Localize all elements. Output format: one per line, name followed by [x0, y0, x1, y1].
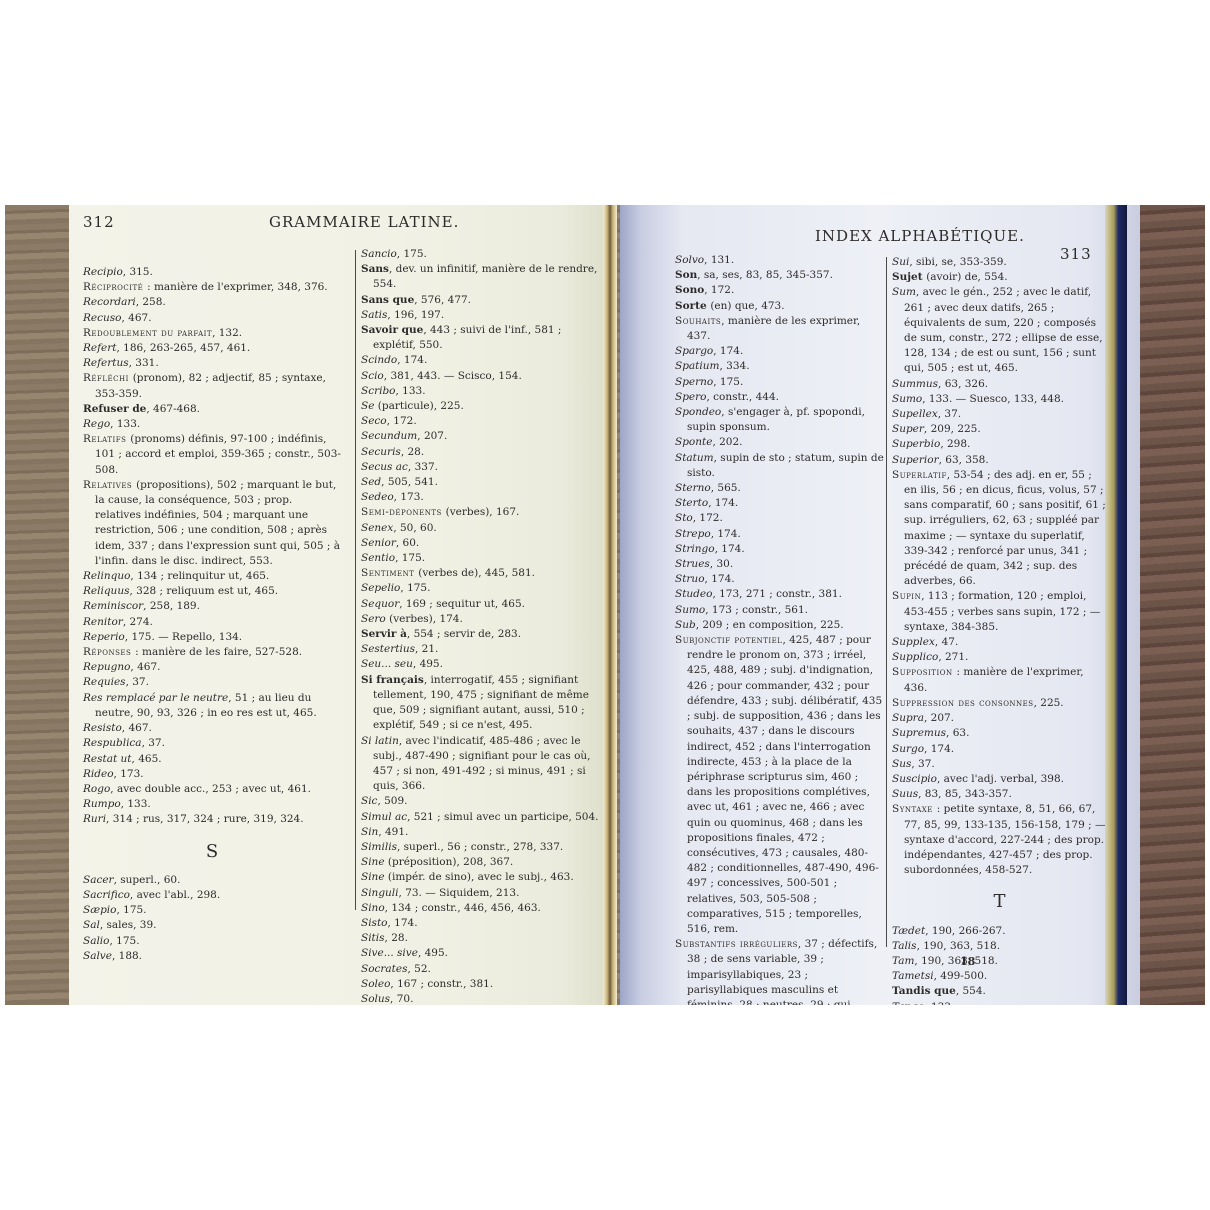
- index-entry: Soleo, 167 ; constr., 381.: [361, 977, 599, 992]
- index-entry: Servir à, 554 ; servir de, 283.: [361, 627, 599, 642]
- index-entry: Strues, 30.: [675, 557, 885, 572]
- index-entry: Scribo, 133.: [361, 384, 599, 399]
- index-entry: Sub, 209 ; en composition, 225.: [675, 618, 885, 633]
- signature-mark: 18: [960, 955, 975, 968]
- index-entry: Socrates, 52.: [361, 962, 599, 977]
- index-entry: Sine (impér. de sino), avec le subj., 46…: [361, 870, 599, 885]
- index-entry: Sero (verbes), 174.: [361, 612, 599, 627]
- index-entry: Sterto, 174.: [675, 496, 885, 511]
- index-entry: Tædet, 190, 266-267.: [892, 924, 1107, 939]
- index-entry: Rideo, 173.: [83, 767, 341, 782]
- index-entry: Sin, 491.: [361, 825, 599, 840]
- index-entry: Renitor, 274.: [83, 615, 341, 630]
- index-entry: Sorte (en) que, 473.: [675, 299, 885, 314]
- right-page: INDEX ALPHABÉTIQUE. 313 Solvo, 131.Son, …: [620, 205, 1140, 1005]
- index-entry: Suscipio, avec l'adj. verbal, 398.: [892, 772, 1107, 787]
- index-entry: Sestertius, 21.: [361, 642, 599, 657]
- index-entry: Sacer, superl., 60.: [83, 873, 341, 888]
- index-entry: Scindo, 174.: [361, 353, 599, 368]
- index-entry: Subjonctif potentiel, 425, 487 ; pour re…: [675, 633, 885, 937]
- index-entry: Sive... sive, 495.: [361, 946, 599, 961]
- index-column: Sui, sibi, se, 353-359.Sujet (avoir) de,…: [892, 255, 1107, 1005]
- index-entry: Réponses : manière de les faire, 527-528…: [83, 645, 341, 660]
- index-entry: Se (particule), 225.: [361, 399, 599, 414]
- index-entry: Suus, 83, 85, 343-357.: [892, 787, 1107, 802]
- index-entry: Struo, 174.: [675, 572, 885, 587]
- index-entry: Sino, 134 ; constr., 446, 456, 463.: [361, 901, 599, 916]
- index-entry: Repugno, 467.: [83, 660, 341, 675]
- index-entry: Secus ac, 337.: [361, 460, 599, 475]
- index-entry: Spondeo, s'engager à, pf. spopondi, supi…: [675, 405, 885, 435]
- index-entry: Refertus, 331.: [83, 356, 341, 371]
- index-entry: Sed, 505, 541.: [361, 475, 599, 490]
- index-entry: Tango, 133.: [892, 1000, 1107, 1005]
- index-entry: Recuso, 467.: [83, 311, 341, 326]
- page-number: 312: [83, 213, 115, 231]
- index-entry: Singuli, 73. — Siquidem, 213.: [361, 886, 599, 901]
- index-entry: Supra, 207.: [892, 711, 1107, 726]
- index-entry: Réfléchi (pronom), 82 ; adjectif, 85 ; s…: [83, 371, 341, 401]
- index-entry: Rogo, avec double acc., 253 ; avec ut, 4…: [83, 782, 341, 797]
- index-entry: Super, 209, 225.: [892, 422, 1107, 437]
- index-entry: Reminiscor, 258, 189.: [83, 599, 341, 614]
- index-column: Sancio, 175.Sans, dev. un infinitif, man…: [361, 247, 599, 1005]
- index-entry: Seu... seu, 495.: [361, 657, 599, 672]
- index-column: Solvo, 131.Son, sa, ses, 83, 85, 345-357…: [675, 253, 885, 1005]
- index-entry: Sto, 172.: [675, 511, 885, 526]
- index-column: Recipio, 315.Réciprocité : manière de l'…: [83, 265, 341, 964]
- index-entry: Supplex, 47.: [892, 635, 1107, 650]
- index-entry: Sono, 172.: [675, 283, 885, 298]
- index-entry: Ruri, 314 ; rus, 317, 324 ; rure, 319, 3…: [83, 812, 341, 827]
- book-cover-edge: [1105, 205, 1127, 1005]
- section-letter: S: [83, 844, 341, 859]
- index-entry: Tametsi, 499-500.: [892, 969, 1107, 984]
- table-surface: [1130, 205, 1205, 1005]
- book-spine-gutter: [603, 205, 617, 1005]
- index-entry: Superlatif, 53-54 ; des adj. en er, 55 ;…: [892, 468, 1107, 590]
- index-entry: Redoublement du parfait, 132.: [83, 326, 341, 341]
- index-entry: Spatium, 334.: [675, 359, 885, 374]
- index-entry: Tandis que, 554.: [892, 984, 1107, 999]
- index-entry: Tam, 190, 363, 518.: [892, 954, 1107, 969]
- index-entry: Securis, 28.: [361, 445, 599, 460]
- index-entry: Sine (préposition), 208, 367.: [361, 855, 599, 870]
- index-entry: Sperno, 175.: [675, 375, 885, 390]
- index-entry: Senior, 60.: [361, 536, 599, 551]
- index-entry: Stringo, 174.: [675, 542, 885, 557]
- index-entry: Rumpo, 133.: [83, 797, 341, 812]
- index-entry: Secundum, 207.: [361, 429, 599, 444]
- index-entry: Sal, sales, 39.: [83, 918, 341, 933]
- index-entry: Solus, 70.: [361, 992, 599, 1005]
- index-entry: Senex, 50, 60.: [361, 521, 599, 536]
- index-entry: Semi-déponents (verbes), 167.: [361, 505, 599, 520]
- index-entry: Solvo, 131.: [675, 253, 885, 268]
- index-entry: Son, sa, ses, 83, 85, 345-357.: [675, 268, 885, 283]
- index-entry: Scio, 381, 443. — Scisco, 154.: [361, 369, 599, 384]
- index-entry: Superior, 63, 358.: [892, 453, 1107, 468]
- index-entry: Similis, superl., 56 ; constr., 278, 337…: [361, 840, 599, 855]
- index-entry: Sterno, 565.: [675, 481, 885, 496]
- index-entry: Relinquo, 134 ; relinquitur ut, 465.: [83, 569, 341, 584]
- index-entry: Sum, avec le gén., 252 ; avec le datif, …: [892, 285, 1107, 376]
- index-entry: Sedeo, 173.: [361, 490, 599, 505]
- index-entry: Sans, dev. un infinitif, manière de le r…: [361, 262, 599, 292]
- index-entry: Sus, 37.: [892, 757, 1107, 772]
- index-entry: Refert, 186, 263-265, 457, 461.: [83, 341, 341, 356]
- index-entry: Reperio, 175. — Repello, 134.: [83, 630, 341, 645]
- index-entry: Relatifs (pronoms) définis, 97-100 ; ind…: [83, 432, 341, 478]
- index-entry: Salve, 188.: [83, 949, 341, 964]
- index-entry: Summus, 63, 326.: [892, 377, 1107, 392]
- index-entry: Rego, 133.: [83, 417, 341, 432]
- index-entry: Supplico, 271.: [892, 650, 1107, 665]
- index-entry: Resisto, 467.: [83, 721, 341, 736]
- index-entry: Statum, supin de sto ; statum, supin de …: [675, 451, 885, 481]
- index-entry: Sponte, 202.: [675, 435, 885, 450]
- index-entry: Restat ut, 465.: [83, 752, 341, 767]
- index-entry: Supposition : manière de l'exprimer, 436…: [892, 665, 1107, 695]
- section-letter: T: [892, 894, 1107, 909]
- index-entry: Supin, 113 ; formation, 120 ; emploi, 45…: [892, 589, 1107, 635]
- index-entry: Sequor, 169 ; sequitur ut, 465.: [361, 597, 599, 612]
- book-photo: 312 GRAMMAIRE LATINE. Recipio, 315.Récip…: [5, 205, 1205, 1005]
- running-head: INDEX ALPHABÉTIQUE.: [815, 227, 1025, 245]
- index-entry: Sujet (avoir) de, 554.: [892, 270, 1107, 285]
- column-divider: [355, 250, 356, 910]
- index-entry: Res remplacé par le neutre, 51 ; au lieu…: [83, 691, 341, 721]
- index-entry: Sepelio, 175.: [361, 581, 599, 596]
- index-entry: Studeo, 173, 271 ; constr., 381.: [675, 587, 885, 602]
- index-entry: Salio, 175.: [83, 934, 341, 949]
- index-entry: Si français, interrogatif, 455 ; signifi…: [361, 673, 599, 734]
- index-entry: Substantifs irréguliers, 37 ; défectifs,…: [675, 937, 885, 1005]
- index-entry: Strepo, 174.: [675, 527, 885, 542]
- index-entry: Si latin, avec l'indicatif, 485-486 ; av…: [361, 734, 599, 795]
- column-divider: [886, 257, 887, 947]
- index-entry: Savoir que, 443 ; suivi de l'inf., 581 ;…: [361, 323, 599, 353]
- index-entry: Superbio, 298.: [892, 437, 1107, 452]
- index-entry: Spero, constr., 444.: [675, 390, 885, 405]
- index-entry: Sacrifico, avec l'abl., 298.: [83, 888, 341, 903]
- index-entry: Sic, 509.: [361, 794, 599, 809]
- index-entry: Recordari, 258.: [83, 295, 341, 310]
- index-entry: Refuser de, 467-468.: [83, 402, 341, 417]
- index-entry: Sumo, 173 ; constr., 561.: [675, 603, 885, 618]
- index-entry: Recipio, 315.: [83, 265, 341, 280]
- index-entry: Spargo, 174.: [675, 344, 885, 359]
- index-entry: Sumo, 133. — Suesco, 133, 448.: [892, 392, 1107, 407]
- index-entry: Respublica, 37.: [83, 736, 341, 751]
- index-entry: Syntaxe : petite syntaxe, 8, 51, 66, 67,…: [892, 802, 1107, 878]
- index-entry: Requies, 37.: [83, 675, 341, 690]
- left-page: 312 GRAMMAIRE LATINE. Recipio, 315.Récip…: [69, 205, 615, 1005]
- index-entry: Relatives (propositions), 502 ; marquant…: [83, 478, 341, 569]
- index-entry: Sitis, 28.: [361, 931, 599, 946]
- index-entry: Supellex, 37.: [892, 407, 1107, 422]
- index-entry: Sentiment (verbes de), 445, 581.: [361, 566, 599, 581]
- index-entry: Satis, 196, 197.: [361, 308, 599, 323]
- index-entry: Sans que, 576, 477.: [361, 293, 599, 308]
- index-entry: Surgo, 174.: [892, 742, 1107, 757]
- index-entry: Suppression des consonnes, 225.: [892, 696, 1107, 711]
- index-entry: Réciprocité : manière de l'exprimer, 348…: [83, 280, 341, 295]
- index-entry: Sentio, 175.: [361, 551, 599, 566]
- index-entry: Seco, 172.: [361, 414, 599, 429]
- index-entry: Sui, sibi, se, 353-359.: [892, 255, 1107, 270]
- running-head: GRAMMAIRE LATINE.: [269, 213, 459, 231]
- index-entry: Supremus, 63.: [892, 726, 1107, 741]
- index-entry: Simul ac, 521 ; simul avec un participe,…: [361, 810, 599, 825]
- index-entry: Reliquus, 328 ; reliquum est ut, 465.: [83, 584, 341, 599]
- index-entry: Talis, 190, 363, 518.: [892, 939, 1107, 954]
- index-entry: Souhaits, manière de les exprimer, 437.: [675, 314, 885, 344]
- index-entry: Sancio, 175.: [361, 247, 599, 262]
- index-entry: Sisto, 174.: [361, 916, 599, 931]
- index-entry: Sæpio, 175.: [83, 903, 341, 918]
